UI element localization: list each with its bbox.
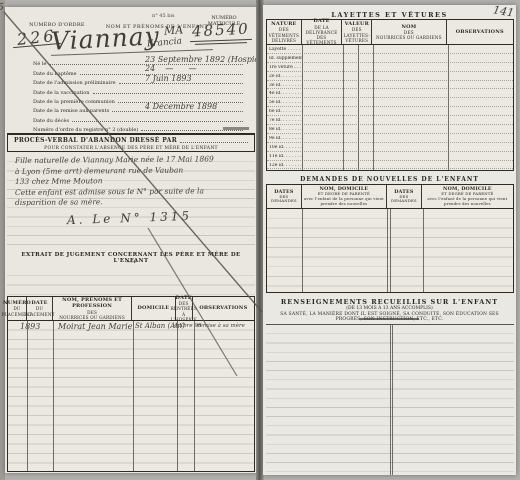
column-header-line: DEMANDES <box>391 199 417 204</box>
layette-row: 4e id. . . . . . . . <box>267 89 513 98</box>
column-header: DATESDESDEMANDES <box>387 185 422 208</box>
layette-row-label: 1re vêture . . . . . <box>269 65 302 70</box>
scanned-register-spread: 5 NUMÉRO D'ORDRE 226 NOM ET PRÉNOMS DE L… <box>0 0 520 480</box>
underline-flourish <box>195 42 247 45</box>
column-divider <box>194 321 195 471</box>
demandes-table: DATESDESDEMANDESNOM, DOMICILEET DEGRÉ DE… <box>266 184 514 293</box>
layette-row-label: 5e id. . . . . . . . <box>269 100 302 105</box>
layette-row: Id. supplémentaire <box>267 54 513 63</box>
handwriting-line: disparition de sa mère. <box>15 196 250 209</box>
column-header-line: OBSERVATIONS <box>456 29 504 35</box>
column-divider <box>423 209 424 292</box>
column-header: NOM, PRÉNOMS ET PROFESSIONDESNOURRICES O… <box>53 297 132 320</box>
renseignements-description: SA SANTÉ, LA MANIÈRE DONT IL EST SOIGNÉ,… <box>267 312 512 322</box>
dates-fields-list: Né le23 Septembre 1892 (Hospice)Date du … <box>33 58 245 133</box>
proces-verbal-subtitle: POUR CONSTATER L'ABSENCE DES PÈRE ET MÈR… <box>14 146 248 151</box>
layette-row-label: 4e id. . . . . . . . <box>269 91 302 96</box>
column-divider <box>390 209 391 292</box>
dotted-leader <box>119 83 243 84</box>
ruled-area <box>7 267 255 296</box>
layette-row: 5e id. . . . . . . . <box>267 98 513 107</box>
column-divider <box>302 209 303 292</box>
field-row: Date de l'admission préliminaire7 Juin 1… <box>33 77 245 86</box>
layette-row: 3e id. . . . . . . . <box>267 81 513 90</box>
column-divider <box>177 321 178 471</box>
column-divider <box>343 45 344 170</box>
layette-row: 10e id. . . . . . . . <box>267 143 513 152</box>
column-header: VALEURDESLAYETTES-VÊTURES <box>342 20 372 44</box>
field-row: Numéro d'ordre du registre n° 2 (double) <box>33 124 245 133</box>
field-row: Date de la vaccination <box>33 86 245 95</box>
proces-verbal-handwriting: Fille naturelle de Viannay Marie née le … <box>15 155 250 208</box>
field-row: Né le23 Septembre 1892 (Hospice) <box>33 58 245 67</box>
column-header: OBSERVATIONS <box>193 297 254 320</box>
layette-row-label: 8e id. . . . . . . . <box>269 127 302 132</box>
layette-row: 9e id. . . . . . . . <box>267 134 513 143</box>
layettes-table-header: NATUREDESVÊTEMENTS DÉLIVRÉSDATEDE LADÉLI… <box>267 20 513 45</box>
layette-row-label: 12e id. . . . . . . . <box>269 163 302 168</box>
renseignements-title: RENSEIGNEMENTS RECUEILLIS SUR L'ENFANT <box>263 298 516 306</box>
layette-row-label: Layette . . . . . . . <box>269 47 302 52</box>
column-header-line: NOURRICES OU GARDIENS <box>59 315 125 320</box>
column-divider <box>448 45 449 170</box>
column-header: DATESDESDEMANDES <box>267 185 302 208</box>
column-header: NATUREDESVÊTEMENTS DÉLIVRÉS <box>267 20 302 44</box>
column-divider <box>358 45 359 170</box>
column-header-line: NOURRICES OU GARDIENS <box>376 35 442 40</box>
column-header-line: PLACEMENT <box>24 312 55 317</box>
column-header: DOMICILE <box>132 297 176 320</box>
proces-verbal-section: PROCÈS-VERBAL D'ABANDON DRESSÉ PAR POUR … <box>7 133 255 152</box>
dotted-leader <box>141 130 243 131</box>
column-divider <box>133 321 134 471</box>
column-divider <box>373 45 374 170</box>
demandes-title: DEMANDES DE NOUVELLES DE L'ENFANT <box>263 176 516 183</box>
column-divider <box>302 45 303 170</box>
column-divider <box>53 321 54 471</box>
layette-row-label: 6e id. . . . . . . . <box>269 109 302 114</box>
field-value: 23 Septembre 1892 (Hospice) <box>145 55 267 64</box>
layette-row-label: 10e id. . . . . . . . <box>269 145 302 150</box>
right-page: 141 LAYETTES ET VÊTURES NATUREDESVÊTEMEN… <box>263 5 516 475</box>
layette-row-label: 3e id. . . . . . . . <box>269 83 302 88</box>
column-header-line: OBSERVATIONS <box>199 305 247 311</box>
layette-row-label: 2e id. . . . . . . . <box>269 74 302 79</box>
corner-mark: 5 <box>0 3 4 13</box>
child-firstname: Francia <box>147 36 183 49</box>
column-header: NOM, DOMICILEET DEGRÉ DE PARENTÉavec l'e… <box>422 185 513 208</box>
field-value: 24 — — <box>145 64 197 73</box>
renseignements-ruled-area <box>266 324 514 475</box>
column-divider <box>27 321 28 471</box>
column-header: OBSERVATIONS <box>447 20 513 44</box>
column-header-line: DEMANDES <box>271 199 297 204</box>
flourish-mark <box>359 318 419 320</box>
column-header-line: avec l'enfant de la personne qui vient p… <box>423 197 512 206</box>
field-row: Date de la remise aux parents4 Décembre … <box>33 105 245 114</box>
column-header-line: NOM, PRÉNOMS ET PROFESSION <box>54 297 130 310</box>
column-header: DATEDE LADÉLIVRANCE DES VÊTEMENTS <box>302 20 343 44</box>
column-header: NOM, DOMICILEET DEGRÉ DE PARENTÉavec l'e… <box>302 185 387 208</box>
placements-table-header: NUMÉRODUPLACEMENTDATEDUPLACEMENTNOM, PRÉ… <box>8 297 254 321</box>
layette-row: 6e id. . . . . . . . <box>267 107 513 116</box>
layettes-title: LAYETTES ET VÊTURES <box>263 11 516 19</box>
placement-observations: remise à sa mère <box>197 323 245 329</box>
demandes-table-body <box>267 209 513 292</box>
layette-row: Layette . . . . . . . <box>267 45 513 54</box>
layette-row-label: 11e id. . . . . . . . <box>269 154 302 159</box>
placements-table-body: 1893 Moirat Jean Marie St Alban (Ain) 4 … <box>8 321 254 471</box>
folio-note: n° 45 bis <box>152 13 175 19</box>
layette-row-label: 9e id. . . . . . . . <box>269 136 302 141</box>
field-row: Date du décès <box>33 114 245 123</box>
column-header: DATEDUPLACEMENT <box>27 297 53 320</box>
matricule-value: 48540 <box>192 20 251 41</box>
placement-guardian-name: Moirat Jean Marie <box>58 322 132 331</box>
column-header-line: VÊTEMENTS DÉLIVRÉS <box>268 33 300 44</box>
layette-row: 12e id. . . . . . . . <box>267 161 513 170</box>
column-header: NOMDESNOURRICES OU GARDIENS <box>372 20 446 44</box>
placements-table: NUMÉRODUPLACEMENTDATEDUPLACEMENTNOM, PRÉ… <box>7 296 255 472</box>
column-header-line: LAYETTES-VÊTURES <box>343 33 370 44</box>
layettes-table: NATUREDESVÊTEMENTS DÉLIVRÉSDATEDE LADÉLI… <box>266 19 514 171</box>
column-divider <box>387 209 388 292</box>
field-value: 7 Juin 1893 <box>145 74 192 83</box>
dotted-leader <box>112 111 243 112</box>
column-header-line: DÉLIVRANCE DES VÊTEMENTS <box>303 30 341 46</box>
layette-row: 8e id. . . . . . . . <box>267 125 513 134</box>
center-divider <box>390 325 393 475</box>
layette-row-label: 7e id. . . . . . . . <box>269 118 302 123</box>
dotted-leader <box>93 93 243 94</box>
field-value: 4 Décembre 1898 <box>145 102 217 111</box>
column-header-line: avec l'enfant de la personne qui vient p… <box>303 197 385 206</box>
renseignements-subtitle: (DE 13 MOIS À 13 ANS ACCOMPLIS) <box>263 306 516 311</box>
layette-row: 11e id. . . . . . . . <box>267 152 513 161</box>
layette-row: 1re vêture . . . . . <box>267 63 513 72</box>
column-header-line: DOMICILE <box>138 305 170 311</box>
layettes-table-body: Layette . . . . . . .Id. supplémentaire1… <box>267 45 513 170</box>
layette-row: 7e id. . . . . . . . <box>267 116 513 125</box>
proces-verbal-title: PROCÈS-VERBAL D'ABANDON DRESSÉ PAR <box>14 137 177 144</box>
matricule-prefix: MA <box>164 23 184 37</box>
dotted-leader <box>72 121 243 122</box>
column-header: DATEDES RENTRÉESÀ L'HOSPICE <box>176 297 193 320</box>
dotted-leader <box>180 142 248 143</box>
demandes-table-header: DATESDESDEMANDESNOM, DOMICILEET DEGRÉ DE… <box>267 185 513 209</box>
field-row: Date du baptême24 — — <box>33 67 245 76</box>
layette-row-label: Id. supplémentaire <box>269 56 302 61</box>
flourish-mark: ⟶ <box>5 258 257 266</box>
layette-row: 2e id. . . . . . . . <box>267 72 513 81</box>
printer-mark <box>223 127 249 130</box>
placement-year: 1893 <box>20 322 40 331</box>
left-page: NUMÉRO D'ORDRE 226 NOM ET PRÉNOMS DE L'E… <box>5 7 258 473</box>
